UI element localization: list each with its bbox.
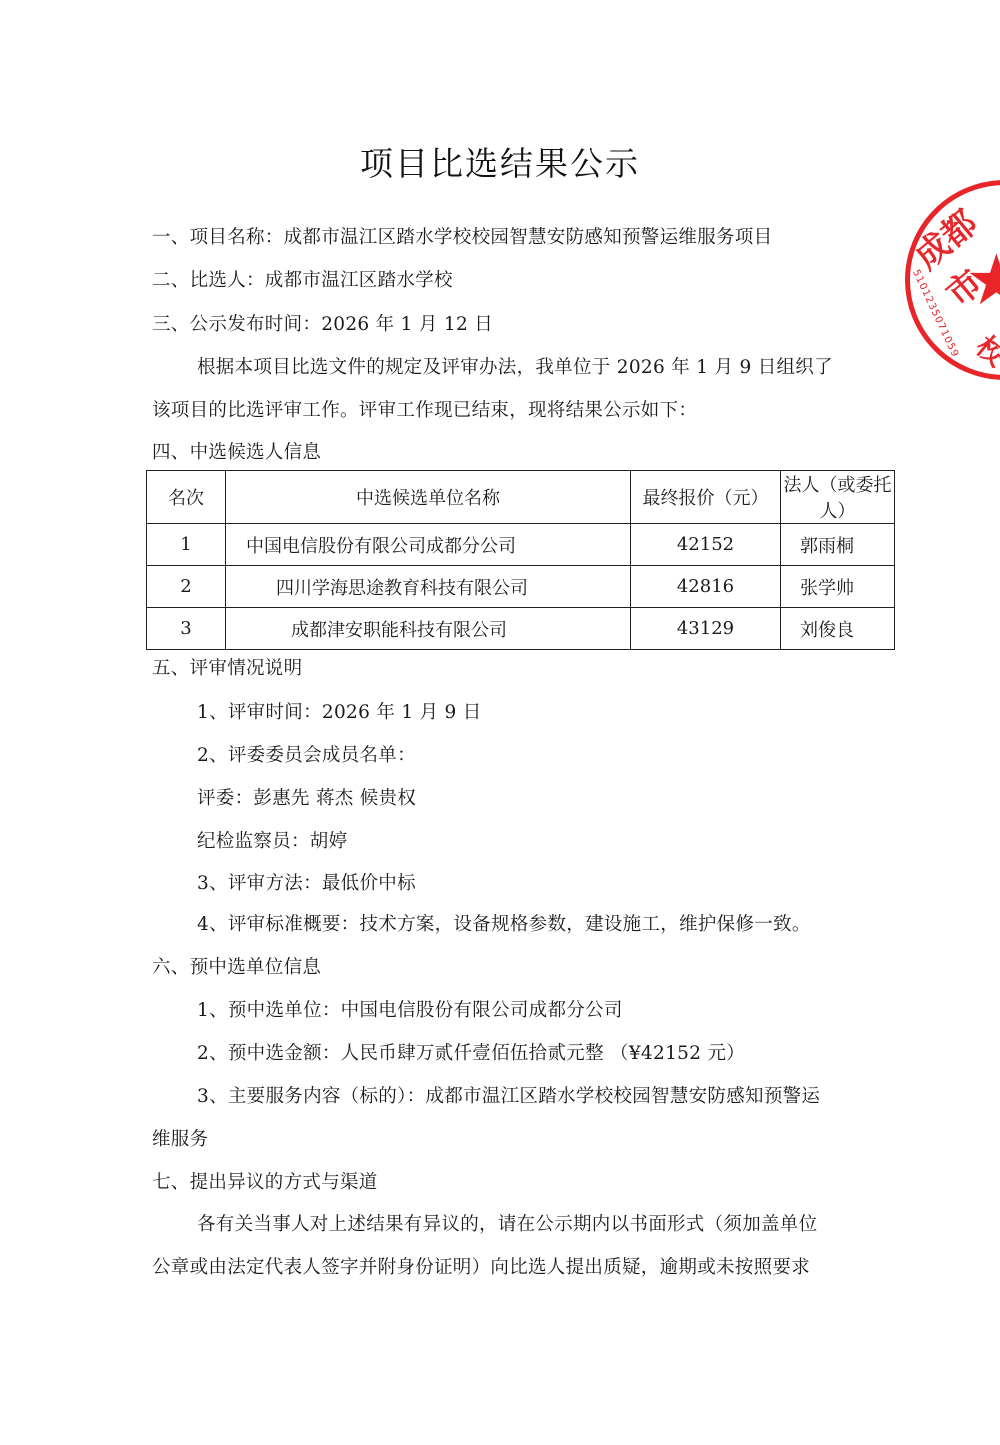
- service-content-line-2: 维服务: [152, 1128, 208, 1152]
- intro-paragraph-line-1: 根据本项目比选文件的规定及评审办法，我单位于 2026 年 1 月 9 日组织了: [197, 356, 833, 380]
- section-4-heading: 四、中选候选人信息: [152, 441, 321, 465]
- review-method: 3、评审方法：最低价中标: [197, 872, 416, 896]
- cell-name: 中国电信股份有限公司成都分公司: [226, 524, 631, 566]
- cell-rank: 3: [147, 608, 226, 650]
- section-5-heading: 五、评审情况说明: [152, 657, 302, 681]
- service-content-line-1: 3、主要服务内容（标的）：成都市温江区踏水学校校园智慧安防感知预警运: [197, 1085, 820, 1109]
- objection-line-2: 公章或由法定代表人签字并附身份证明）向比选人提出质疑，逾期或未按照要求: [152, 1256, 810, 1280]
- section-7-heading: 七、提出异议的方式与渠道: [152, 1171, 378, 1195]
- header-rank: 名次: [147, 471, 226, 524]
- cell-price: 42152: [631, 524, 781, 566]
- objection-line-1: 各有关当事人对上述结果有异议的，请在公示期内以书面形式（须加盖单位: [197, 1213, 817, 1237]
- candidates-table: 名次 中选候选单位名称 最终报价（元） 法人（或委托人） 1 中国电信股份有限公…: [146, 470, 895, 650]
- page-title: 项目比选结果公示: [0, 138, 1000, 185]
- cell-rank: 1: [147, 524, 226, 566]
- cell-representative: 郭雨桐: [781, 524, 895, 566]
- cell-price: 42816: [631, 566, 781, 608]
- star-icon: ★: [965, 245, 1000, 315]
- cell-name: 成都津安职能科技有限公司: [226, 608, 631, 650]
- document-page: 成都市 ★ 校 5101235071059 项目比选结果公示 一、项目名称：成都…: [0, 0, 1000, 1445]
- cell-representative: 刘俊良: [781, 608, 895, 650]
- supervisor: 纪检监察员：胡婷: [197, 830, 347, 854]
- table-header-row: 名次 中选候选单位名称 最终报价（元） 法人（或委托人）: [147, 471, 895, 524]
- committee-heading: 2、评委委员会成员名单：: [197, 744, 416, 768]
- header-representative: 法人（或委托人）: [781, 471, 895, 524]
- table-row: 2 四川学海思途教育科技有限公司 42816 张学帅: [147, 566, 895, 608]
- intro-paragraph-line-2: 该项目的比选评审工作。评审工作现已结束，现将结果公示如下：: [152, 399, 697, 423]
- cell-price: 43129: [631, 608, 781, 650]
- publish-time: 三、公示发布时间：2026 年 1 月 12 日: [152, 313, 493, 337]
- cell-name: 四川学海思途教育科技有限公司: [226, 566, 631, 608]
- pre-winner: 1、预中选单位：中国电信股份有限公司成都分公司: [197, 999, 623, 1023]
- review-time: 1、评审时间：2026 年 1 月 9 日: [197, 701, 482, 725]
- review-criteria: 4、评审标准概要：技术方案，设备规格参数，建设施工，维护保修一致。: [197, 913, 811, 937]
- section-6-heading: 六、预中选单位信息: [152, 956, 321, 980]
- cell-representative: 张学帅: [781, 566, 895, 608]
- header-price: 最终报价（元）: [631, 471, 781, 524]
- table-row: 3 成都津安职能科技有限公司 43129 刘俊良: [147, 608, 895, 650]
- committee-members: 评委：彭惠先 蒋杰 候贵权: [197, 787, 416, 811]
- project-name: 一、项目名称：成都市温江区踏水学校校园智慧安防感知预警运维服务项目: [152, 226, 772, 250]
- pre-amount: 2、预中选金额：人民币肆万贰仟壹佰伍拾贰元整 （¥42152 元）: [197, 1042, 745, 1066]
- header-name: 中选候选单位名称: [226, 471, 631, 524]
- selector: 二、比选人：成都市温江区踏水学校: [152, 269, 453, 293]
- table-row: 1 中国电信股份有限公司成都分公司 42152 郭雨桐: [147, 524, 895, 566]
- cell-rank: 2: [147, 566, 226, 608]
